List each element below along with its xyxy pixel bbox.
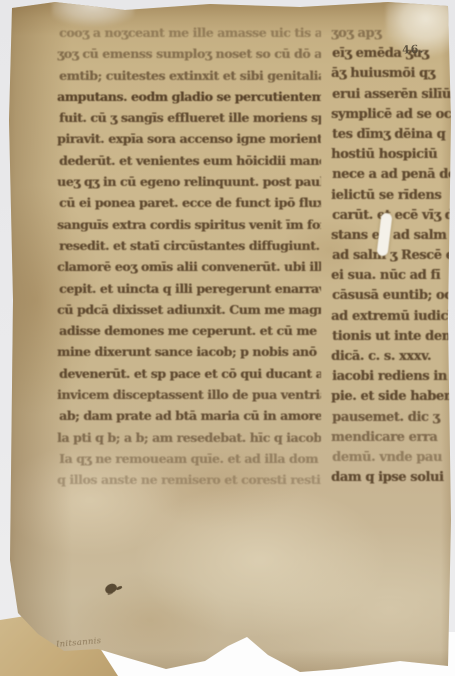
manuscript-text-line: tes dīmʒ dēina q bbox=[332, 127, 452, 147]
pencil-inscription: Initsannis bbox=[56, 636, 102, 650]
manuscript-text-line: ueʒ qʒ in cū egeno relinquunt. post paul… bbox=[57, 174, 321, 195]
manuscript-text-line: emtib; cuitestes extinxit et sibi genita… bbox=[59, 68, 321, 89]
manuscript-text-line: eīʒ emēda ʒuʒ bbox=[332, 46, 452, 66]
manuscript-text-line: ad extremū iudicī bbox=[331, 309, 452, 329]
manuscript-text-line: ielictū se rīdens bbox=[331, 188, 452, 208]
ink-blot bbox=[104, 582, 118, 594]
manuscript-text-line: ab; dam prate ad btā maria cū in amore bbox=[59, 408, 321, 429]
manuscript-text-line: devenerūt. et sp pace et cō qui ducant a… bbox=[59, 366, 321, 387]
manuscript-text-line: cāsusā euntib; occī bbox=[332, 288, 452, 308]
manuscript-text-line: nece a ad penā de bbox=[332, 167, 452, 187]
manuscript-text-line: cū pdcā dixisset adiunxit. Cum me magr d… bbox=[57, 302, 321, 323]
manuscript-text-line: Ia qʒ ne remoueam quīe. et ad illa dom bbox=[59, 451, 321, 472]
manuscript-text-line: demū. vnde pau bbox=[332, 450, 452, 470]
manuscript-text-line: pausemet. dic ʒ bbox=[332, 410, 452, 430]
main-text-column: cooʒ a noʒceant me ille amasse uic tis a… bbox=[57, 25, 321, 494]
manuscript-text-line: clamorē eoʒ omīs alii convenerūt. ubi il… bbox=[57, 259, 321, 280]
manuscript-text-line: ʒoʒ apʒ bbox=[331, 26, 452, 46]
manuscript-text-line: hostiū hospiciū bbox=[331, 147, 452, 167]
manuscript-text-line: iacobi rediens in bbox=[332, 369, 452, 389]
parchment-leaf: cooʒ a noʒceant me ille amasse uic tis a… bbox=[0, 0, 455, 676]
manuscript-text-line: dederūt. et venientes eum hōicidii mane … bbox=[59, 153, 321, 174]
manuscript-text-line: ʒoʒ cū emenss sumploʒ noset so cū dō anū bbox=[57, 46, 321, 67]
manuscript-text-line: ad salm ʒ Rescē el bbox=[332, 248, 452, 268]
manuscript-text-line: sanguīs extra cordis spiritus venit īm f… bbox=[57, 217, 321, 238]
manuscript-text-line: fuit. cū ʒ sangīs efflueret ille moriens… bbox=[59, 110, 321, 131]
manuscript-text-line: tionis ut inte demū bbox=[332, 329, 452, 349]
marginal-text-column: ʒoʒ apʒeīʒ emēda ʒuʒāʒ huiusmōi qʒerui a… bbox=[331, 26, 452, 490]
manuscript-text-line: adisse demones me ceperunt. et cū me Ihū… bbox=[59, 323, 321, 344]
manuscript-text-line: cepit. et uincta q illi peregerunt enarr… bbox=[59, 281, 321, 302]
manuscript-text-line: q illos anste ne remisero et coresti res… bbox=[57, 472, 321, 493]
manuscript-text-line: āʒ huiusmōi qʒ bbox=[331, 66, 452, 86]
manuscript-text-line: resedit. et statī circūstantes diffugiun… bbox=[59, 238, 321, 259]
manuscript-text-line: amputans. eodm gladio se percutientem ei… bbox=[57, 89, 321, 110]
torn-patch-top-left bbox=[52, 0, 134, 28]
manuscript-scan: cooʒ a noʒceant me ille amasse uic tis a… bbox=[0, 0, 455, 676]
manuscript-text-line: dam q ipse solui bbox=[331, 470, 452, 490]
manuscript-text-line: mendicare erra bbox=[331, 430, 452, 450]
folio-number: 46. bbox=[402, 42, 425, 56]
manuscript-text-line: erui asserēn silīū bbox=[332, 87, 452, 107]
manuscript-text-line: invicem disceptassent illo de pua ventri… bbox=[57, 387, 321, 408]
manuscript-text-line: cooʒ a noʒceant me ille amasse uic tis a… bbox=[59, 25, 321, 46]
manuscript-text-line: cū ei ponea paret. ecce de funct ipō flu… bbox=[59, 195, 321, 216]
manuscript-text-line: piravit. expīa sora accenso igne morient… bbox=[57, 131, 321, 152]
manuscript-text-line: mine dixerunt sance iacob; p nobis anō bbox=[57, 344, 321, 365]
manuscript-text-line: stans eū ad salm bbox=[331, 228, 452, 248]
manuscript-text-line: ei sua. nūc ad fī bbox=[331, 268, 452, 288]
manuscript-text-line: symplicē ad se oc bbox=[331, 107, 452, 127]
manuscript-text-line: pie. et side habens bbox=[331, 389, 452, 409]
manuscript-text-line: dicā. c. s. xxxv. bbox=[331, 349, 452, 369]
manuscript-text-line: la pti q b; a b; am resedebat. hīc q iac… bbox=[57, 430, 321, 451]
